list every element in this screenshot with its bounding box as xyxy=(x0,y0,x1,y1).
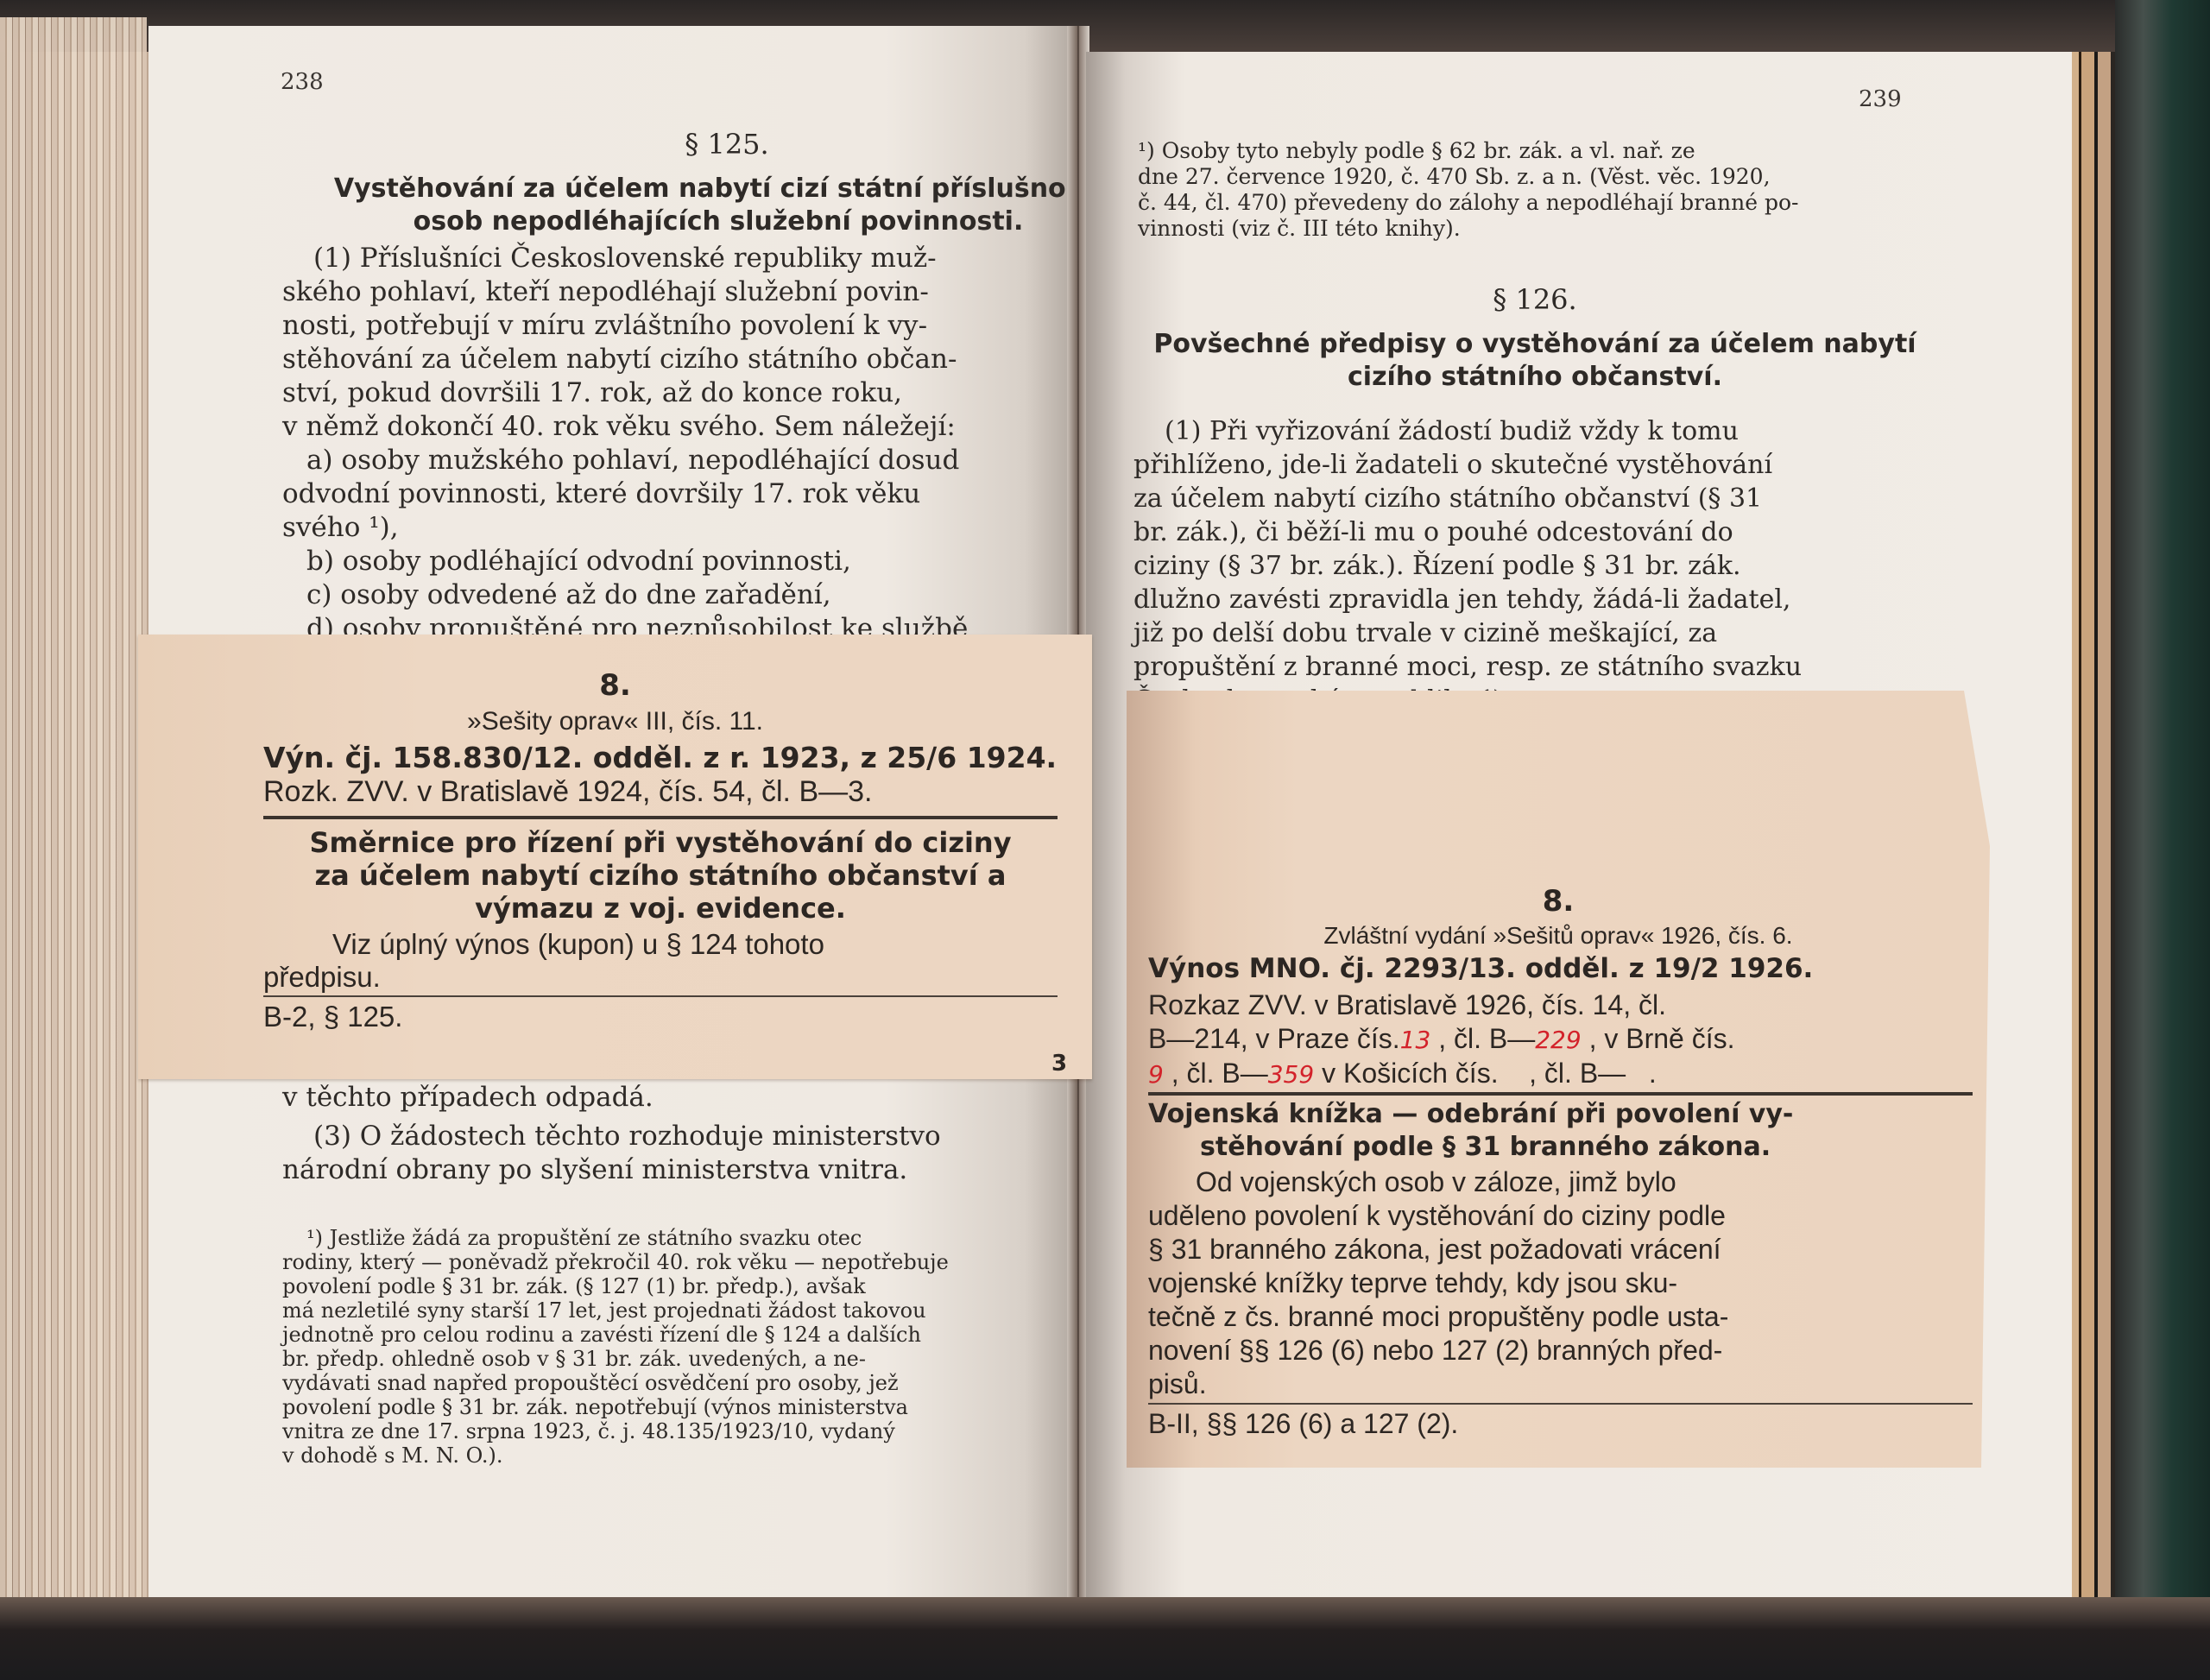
body-line: za účelem nabytí cizího státního občanst… xyxy=(1133,482,1945,515)
clipping-reference: B-II, §§ 126 (6) a 127 (2). xyxy=(1148,1407,1458,1440)
section-title-line: Vystěhování za účelem nabytí cizí státní… xyxy=(261,173,1176,205)
divider xyxy=(1148,1092,1973,1096)
footnote-line: ¹) Jestliže žádá za propuštění ze státní… xyxy=(282,1226,1042,1250)
divider xyxy=(263,995,1058,997)
clipping-body: Od vojenských osob v záloze, jimž bylo u… xyxy=(1148,1165,1977,1401)
body-line: a) osoby mužského pohlaví, nepodléhající… xyxy=(282,444,1059,477)
section-title-line: cizího státního občanství. xyxy=(1112,361,1958,394)
bottom-shadow xyxy=(0,1597,2210,1680)
clipping-source: Zvláštní vydání »Sešitů oprav« 1926, čís… xyxy=(1127,919,1990,952)
footnote-line: jednotně pro celou rodinu a zavésti říze… xyxy=(282,1323,1042,1347)
body-line: c) osoby odvedené až do dne zařadění, xyxy=(282,578,1059,612)
clipping-title-line: za účelem nabytí cizího státního občanst… xyxy=(263,859,1058,892)
clipping-body: Viz úplný výnos (kupon) u § 124 tohoto p… xyxy=(263,928,1058,994)
clipping-title-line: Vojenská knížka — odebrání při povolení … xyxy=(1148,1098,1977,1131)
section-title-line: Povšechné předpisy o vystěhování za účel… xyxy=(1112,328,1958,361)
body-line: (1) Příslušníci Československé republiky… xyxy=(282,242,1059,275)
footnote-line: v dohodě s M. N. O.). xyxy=(282,1443,1042,1468)
clipping-title-line: výmazu z voj. evidence. xyxy=(263,892,1058,925)
footnote-line: rodiny, který — poněvadž překročil 40. r… xyxy=(282,1250,1042,1274)
body-line: svého ¹), xyxy=(282,511,1059,545)
clipping-body-line: § 31 branného zákona, jest požadovati vr… xyxy=(1148,1233,1977,1266)
handwritten-note: 13 xyxy=(1400,1026,1431,1054)
section-number: § 126. xyxy=(1121,283,1949,317)
body-line: br. zák.), či běží-li mu o pouhé odcesto… xyxy=(1133,515,1945,549)
handwritten-note: 229 xyxy=(1535,1026,1581,1054)
body-line: ství, pokud dovršili 17. rok, až do konc… xyxy=(282,376,1059,410)
clipping-title: Vojenská knížka — odebrání při povolení … xyxy=(1148,1098,1977,1164)
body-line: b) osoby podléhající odvodní povinnosti, xyxy=(282,545,1059,578)
section-body: (1) Při vyřizování žádostí budiž vždy k … xyxy=(1133,414,1945,717)
section-body-continued: v těchto případech odpadá. (3) O žádoste… xyxy=(282,1081,1059,1187)
clipping-number: 8. xyxy=(138,669,1092,702)
footnote-line: vinnosti (viz č. III této knihy). xyxy=(1138,216,1932,242)
clipping-number: 8. xyxy=(1127,885,1990,918)
footnote-line: má nezletilé syny starší 17 let, jest pr… xyxy=(282,1298,1042,1323)
top-footnote: ¹) Osoby tyto nebyly podle § 62 br. zák.… xyxy=(1138,138,1932,242)
clipping-reference: B-2, § 125. xyxy=(263,1001,402,1033)
page-number-right: 239 xyxy=(1859,86,1902,112)
pasted-clipping-left: 8. »Sešity oprav« III, čís. 11. Výn. čj.… xyxy=(138,635,1092,1079)
body-line: již po delší dobu trvale v cizině meškaj… xyxy=(1133,616,1945,650)
book-cover-right xyxy=(2115,0,2210,1680)
footnote-line: ¹) Osoby tyto nebyly podle § 62 br. zák.… xyxy=(1138,138,1932,164)
clipping-decree: Výnos MNO. čj. 2293/13. odděl. z 19/2 19… xyxy=(1148,952,1977,985)
clipping-body-line: tečně z čs. branné moci propuštěny podle… xyxy=(1148,1300,1977,1334)
section-body: (1) Příslušníci Československé republiky… xyxy=(282,242,1059,646)
section-title: Povšechné předpisy o vystěhování za účel… xyxy=(1112,328,1958,394)
clipping-order-line: Rozkaz ZVV. v Bratislavě 1926, čís. 14, … xyxy=(1148,988,1977,1022)
clipping-order: Rozkaz ZVV. v Bratislavě 1926, čís. 14, … xyxy=(1148,988,1977,1091)
pasted-clipping-right: 8. Zvláštní vydání »Sešitů oprav« 1926, … xyxy=(1127,691,1990,1468)
clipping-decree: Výn. čj. 158.830/12. odděl. z r. 1923, z… xyxy=(263,742,1058,774)
section-title-line: osob nepodléhajících služební povinnosti… xyxy=(261,205,1176,238)
section-number: § 125. xyxy=(261,128,1193,161)
body-line: národní obrany po slyšení ministerstva v… xyxy=(282,1153,1059,1187)
body-line: propuštění z branné moci, resp. ze státn… xyxy=(1133,650,1945,684)
body-line: dlužno zavésti zpravidla jen tehdy, žádá… xyxy=(1133,583,1945,616)
clipping-body-line: novení §§ 126 (6) nebo 127 (2) branných … xyxy=(1148,1334,1977,1367)
clipping-body-line: vojenské knížky teprve tehdy, kdy jsou s… xyxy=(1148,1266,1977,1300)
clipping-source: »Sešity oprav« III, čís. 11. xyxy=(138,705,1092,738)
body-line: stěhování za účelem nabytí cizího státní… xyxy=(282,343,1059,376)
page-number-left: 238 xyxy=(281,69,324,95)
footnote: ¹) Jestliže žádá za propuštění ze státní… xyxy=(282,1226,1042,1468)
handwritten-note: 9 xyxy=(1148,1060,1164,1089)
body-line: nosti, potřebují v míru zvláštního povol… xyxy=(282,309,1059,343)
footnote-line: povolení podle § 31 br. zák. nepotřebují… xyxy=(282,1395,1042,1419)
body-line: (3) O žádostech těchto rozhoduje ministe… xyxy=(282,1120,1059,1153)
footnote-line: povolení podle § 31 br. zák. (§ 127 (1) … xyxy=(282,1274,1042,1298)
footnote-line: br. předp. ohledně osob v § 31 br. zák. … xyxy=(282,1347,1042,1371)
clipping-title-line: stěhování podle § 31 branného zákona. xyxy=(1148,1131,1977,1164)
clipping-order-line: 9 , čl. B—359 v Košicích čís. , čl. B— . xyxy=(1148,1057,1977,1091)
clipping-body-line: Viz úplný výnos (kupon) u § 124 tohoto xyxy=(263,928,1058,961)
divider xyxy=(1148,1403,1973,1405)
divider xyxy=(263,816,1058,819)
body-line: ského pohlaví, kteří nepodléhají služebn… xyxy=(282,275,1059,309)
body-line: v těchto případech odpadá. xyxy=(282,1081,1059,1115)
clipping-title-line: Směrnice pro řízení při vystěhování do c… xyxy=(263,826,1058,859)
footnote-line: vydávati snad napřed propouštěcí osvědče… xyxy=(282,1371,1042,1395)
body-line: přihlíženo, jde-li žadateli o skutečné v… xyxy=(1133,448,1945,482)
footnote-line: dne 27. července 1920, č. 470 Sb. z. a n… xyxy=(1138,164,1932,190)
footnote-line: vnitra ze dne 17. srpna 1923, č. j. 48.1… xyxy=(282,1419,1042,1443)
body-line: odvodní povinnosti, které dovršily 17. r… xyxy=(282,477,1059,511)
section-title: Vystěhování za účelem nabytí cizí státní… xyxy=(261,173,1176,238)
body-line: ciziny (§ 37 br. zák.). Řízení podle § 3… xyxy=(1133,549,1945,583)
left-page-edges xyxy=(0,17,147,1614)
clipping-order-line: B—214, v Praze čís.13 , čl. B—229 , v Br… xyxy=(1148,1022,1977,1057)
clipping-body-line: pisů. xyxy=(1148,1367,1977,1401)
clipping-body-line: uděleno povolení k vystěhování do ciziny… xyxy=(1148,1199,1977,1233)
clipping-title: Směrnice pro řízení při vystěhování do c… xyxy=(263,826,1058,925)
body-line: v němž dokončí 40. rok věku svého. Sem n… xyxy=(282,410,1059,444)
clipping-order: Rozk. ZVV. v Bratislavě 1924, čís. 54, č… xyxy=(263,775,1058,808)
body-line: (1) Při vyřizování žádostí budiž vždy k … xyxy=(1133,414,1945,448)
footnote-line: č. 44, čl. 470) převedeny do zálohy a ne… xyxy=(1138,190,1932,216)
clipping-body-line: Od vojenských osob v záloze, jimž bylo xyxy=(1148,1165,1977,1199)
clipping-body-line: předpisu. xyxy=(263,961,1058,994)
clipping-corner-number: 3 xyxy=(1051,1047,1067,1080)
handwritten-note: 359 xyxy=(1268,1060,1314,1089)
